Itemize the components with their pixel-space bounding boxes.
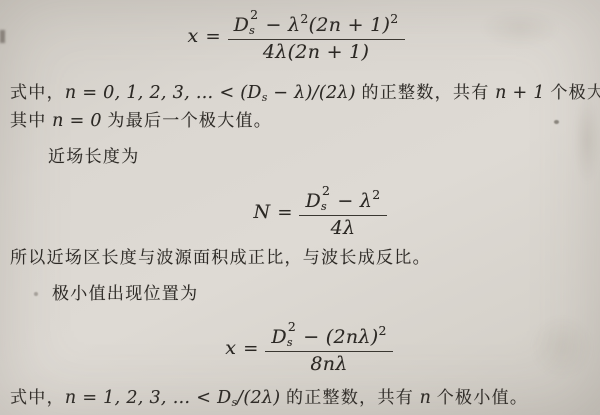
scan-speckle <box>554 120 559 124</box>
text-segment: 式中， <box>10 388 65 407</box>
fraction: D2s − λ2(2n + 1)2 4λ(2n + 1) <box>228 10 405 63</box>
paragraph-proportionality: 所以近场区长度与波源面积成正比，与波长成反比。 <box>10 247 431 269</box>
paragraph-maxima-condition: 式中，n = 0, 1, 2, 3, … < (Ds − λ)/(2λ) 的正整… <box>10 82 600 105</box>
numerator-tail: (2n + 1) <box>309 14 391 36</box>
text-segment: 式中， <box>10 83 65 102</box>
equation-row: N = D2s − λ2 4λ <box>253 186 386 239</box>
math-segment: n = 0, 1, 2, 3, … < (D <box>65 83 262 103</box>
variable-D: D <box>305 190 321 212</box>
equation-row: x = D2s − λ2(2n + 1)2 4λ(2n + 1) <box>187 10 404 63</box>
text-segment: 所以近场区长度与波源面积成正比，与波长成反比。 <box>10 248 431 267</box>
text-segment: 个极小值。 <box>431 388 528 407</box>
text-segment: 的正整数，共有 <box>356 83 495 102</box>
superscript: 2 <box>250 8 258 21</box>
equation-lhs: N <box>253 201 270 223</box>
equation-near-field-length: N = D2s − λ2 4λ <box>0 186 600 239</box>
equals-sign: = <box>277 202 292 223</box>
heading-text: 极小值出现位置为 <box>52 284 198 303</box>
paragraph-minima-condition: 式中，n = 1, 2, 3, … < Ds/(2λ) 的正整数，共有 n 个极… <box>10 387 528 410</box>
math-segment: n + 1 <box>495 83 545 103</box>
equation-maxima-position: x = D2s − λ2(2n + 1)2 4λ(2n + 1) <box>0 10 600 63</box>
superscript: 2 <box>300 11 308 26</box>
variable-D: D <box>271 326 287 348</box>
equation-lhs: x <box>225 337 236 359</box>
supsub-stack: 2s <box>249 14 259 33</box>
superscript: 2 <box>390 11 398 26</box>
subscript: s <box>321 201 327 213</box>
denominator: 4λ(2n + 1) <box>263 40 369 63</box>
numerator: D2s − (2nλ)2 <box>265 322 392 352</box>
math-segment: − λ)/(2λ) <box>267 83 355 103</box>
math-segment: n = 1, 2, 3, … < D <box>65 388 232 408</box>
heading-text: 近场长度为 <box>48 147 140 166</box>
heading-minima-position: 极小值出现位置为 <box>52 283 198 305</box>
text-segment: 个极大值， <box>545 83 600 102</box>
superscript: 2 <box>288 320 296 333</box>
scan-bleedthrough-smudge <box>574 95 600 185</box>
text-segment: 其中 <box>10 111 52 130</box>
text-segment: 的正整数，共有 <box>280 388 419 407</box>
equation-row: x = D2s − (2nλ)2 8nλ <box>225 322 393 375</box>
fraction: D2s − λ2 4λ <box>299 186 386 239</box>
denominator: 8nλ <box>310 352 347 375</box>
subscript: s <box>287 337 293 349</box>
heading-near-field-length: 近场长度为 <box>48 146 140 168</box>
subscript: s <box>249 25 255 37</box>
equation-minima-position: x = D2s − (2nλ)2 8nλ <box>0 322 600 375</box>
math-segment: /(2λ) <box>237 388 280 408</box>
numerator-middle: − λ <box>331 190 372 212</box>
numerator-middle: − λ <box>259 14 300 36</box>
denominator: 4λ <box>331 216 356 239</box>
equation-lhs: x <box>187 25 198 47</box>
equals-sign: = <box>243 338 258 359</box>
fraction: D2s − (2nλ)2 8nλ <box>265 322 392 375</box>
numerator-middle: − (2nλ) <box>297 326 379 348</box>
scanned-document-page: x = D2s − λ2(2n + 1)2 4λ(2n + 1) 式中，n = … <box>0 0 600 415</box>
text-segment: 为最后一个极大值。 <box>102 111 272 130</box>
superscript: 2 <box>322 184 330 197</box>
scan-speckle <box>34 292 38 296</box>
supsub-stack: 2s <box>287 326 297 345</box>
superscript: 2 <box>378 323 386 338</box>
equals-sign: = <box>205 26 220 47</box>
numerator: D2s − λ2 <box>299 186 386 216</box>
paragraph-maxima-note: 其中 n = 0 为最后一个极大值。 <box>10 110 272 133</box>
variable-D: D <box>234 14 250 36</box>
numerator: D2s − λ2(2n + 1)2 <box>228 10 405 40</box>
math-segment: n = 0 <box>52 111 102 131</box>
superscript: 2 <box>372 187 380 202</box>
math-segment: n <box>420 388 432 408</box>
supsub-stack: 2s <box>321 190 331 209</box>
